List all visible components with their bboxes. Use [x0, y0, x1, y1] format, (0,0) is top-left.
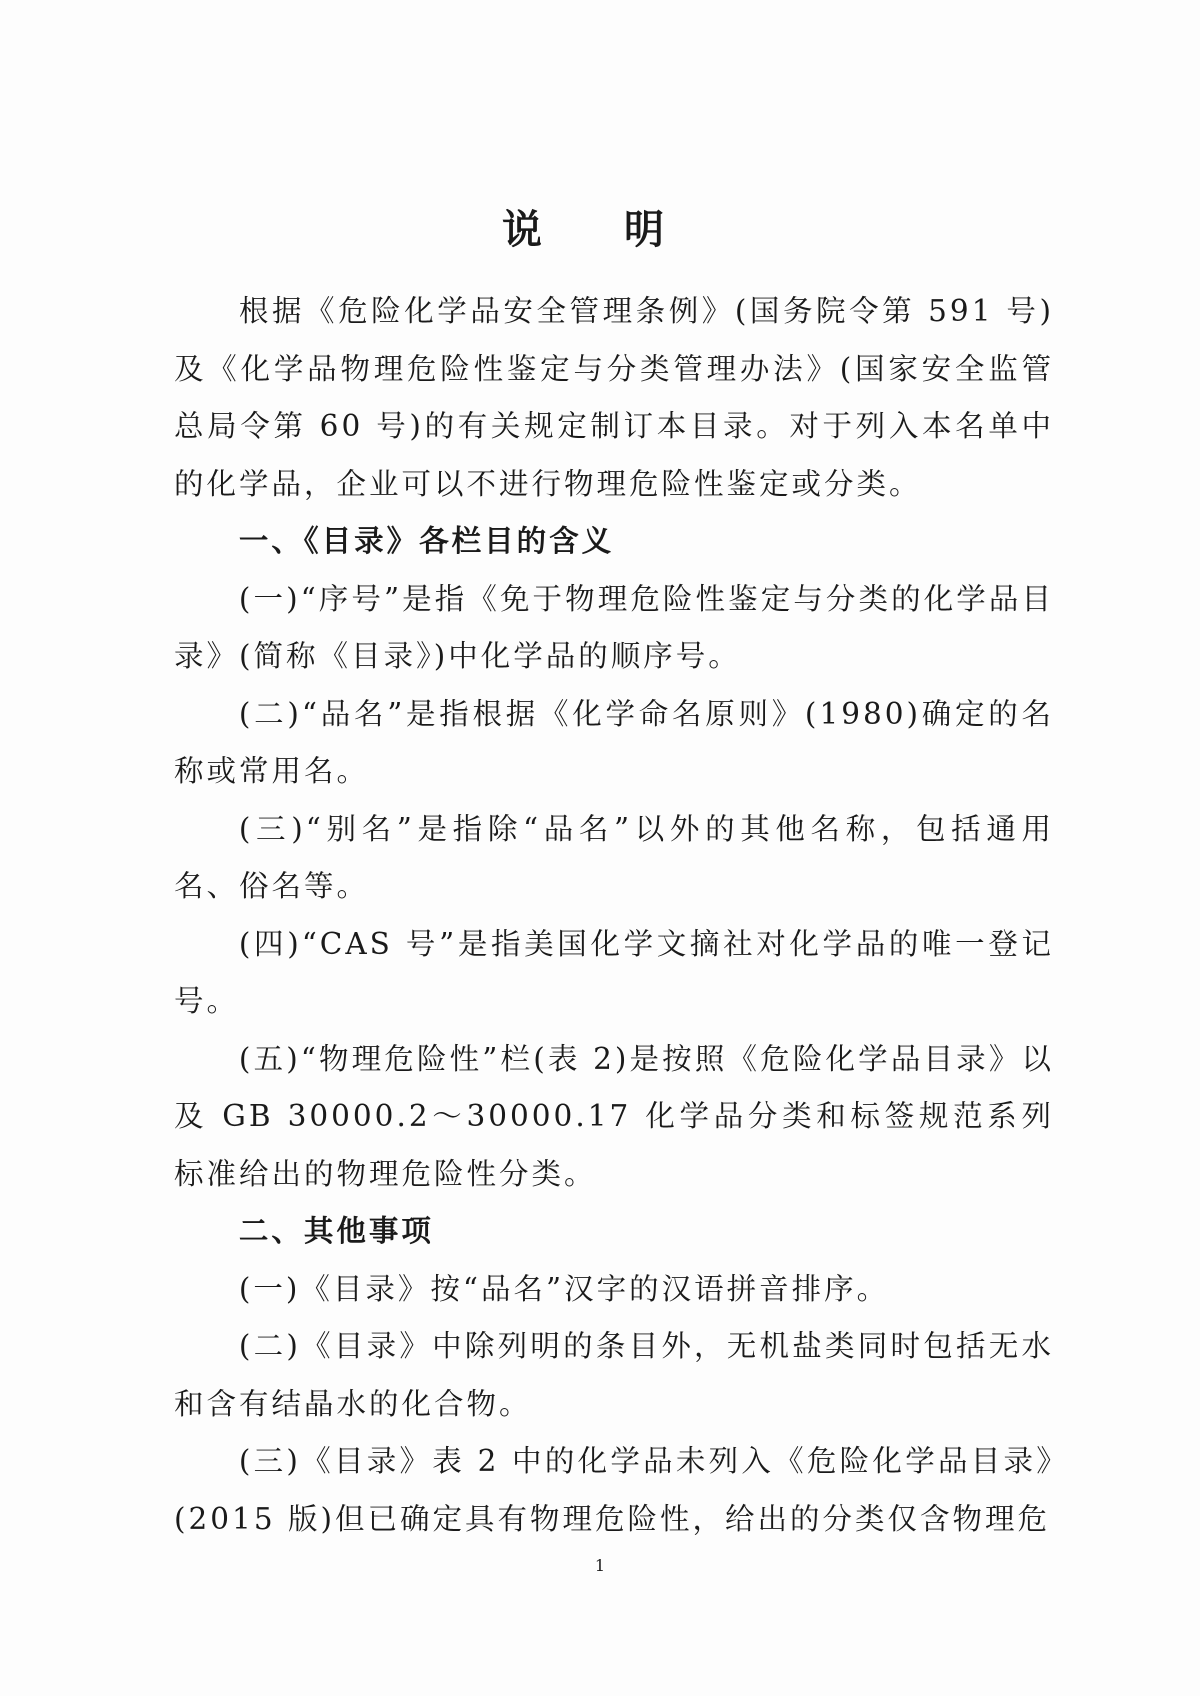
section-heading-1: 一、《目录》各栏目的含义: [174, 513, 1054, 571]
paragraph-item: (五)“物理危险性”栏(表 2)是按照《危险化学品目录》以及 GB 30000.…: [174, 1031, 1054, 1204]
paragraph-item: (二)《目录》中除列明的条目外，无机盐类同时包括无水和含有结晶水的化合物。: [174, 1318, 1054, 1433]
page-title: 说 明: [0, 198, 1200, 255]
paragraph-item: (三)“别名”是指除“品名”以外的其他名称，包括通用名、俗名等。: [174, 801, 1054, 916]
page-number: 1: [0, 1556, 1200, 1575]
paragraph-item: (三)《目录》表 2 中的化学品未列入《危险化学品目录》(2015 版)但已确定…: [174, 1433, 1054, 1548]
paragraph-item: (一)《目录》按“品名”汉字的汉语拼音排序。: [174, 1261, 1054, 1319]
document-body: 根据《危险化学品安全管理条例》(国务院令第 591 号)及《化学品物理危险性鉴定…: [174, 283, 1054, 1548]
paragraph-intro: 根据《危险化学品安全管理条例》(国务院令第 591 号)及《化学品物理危险性鉴定…: [174, 283, 1054, 513]
document-page: 说 明 根据《危险化学品安全管理条例》(国务院令第 591 号)及《化学品物理危…: [0, 0, 1200, 1696]
paragraph-item: (一)“序号”是指《免于物理危险性鉴定与分类的化学品目录》(简称《目录》)中化学…: [174, 571, 1054, 686]
paragraph-item: (二)“品名”是指根据《化学命名原则》(1980)确定的名称或常用名。: [174, 686, 1054, 801]
section-heading-2: 二、其他事项: [174, 1203, 1054, 1261]
paragraph-item: (四)“CAS 号”是指美国化学文摘社对化学品的唯一登记号。: [174, 916, 1054, 1031]
